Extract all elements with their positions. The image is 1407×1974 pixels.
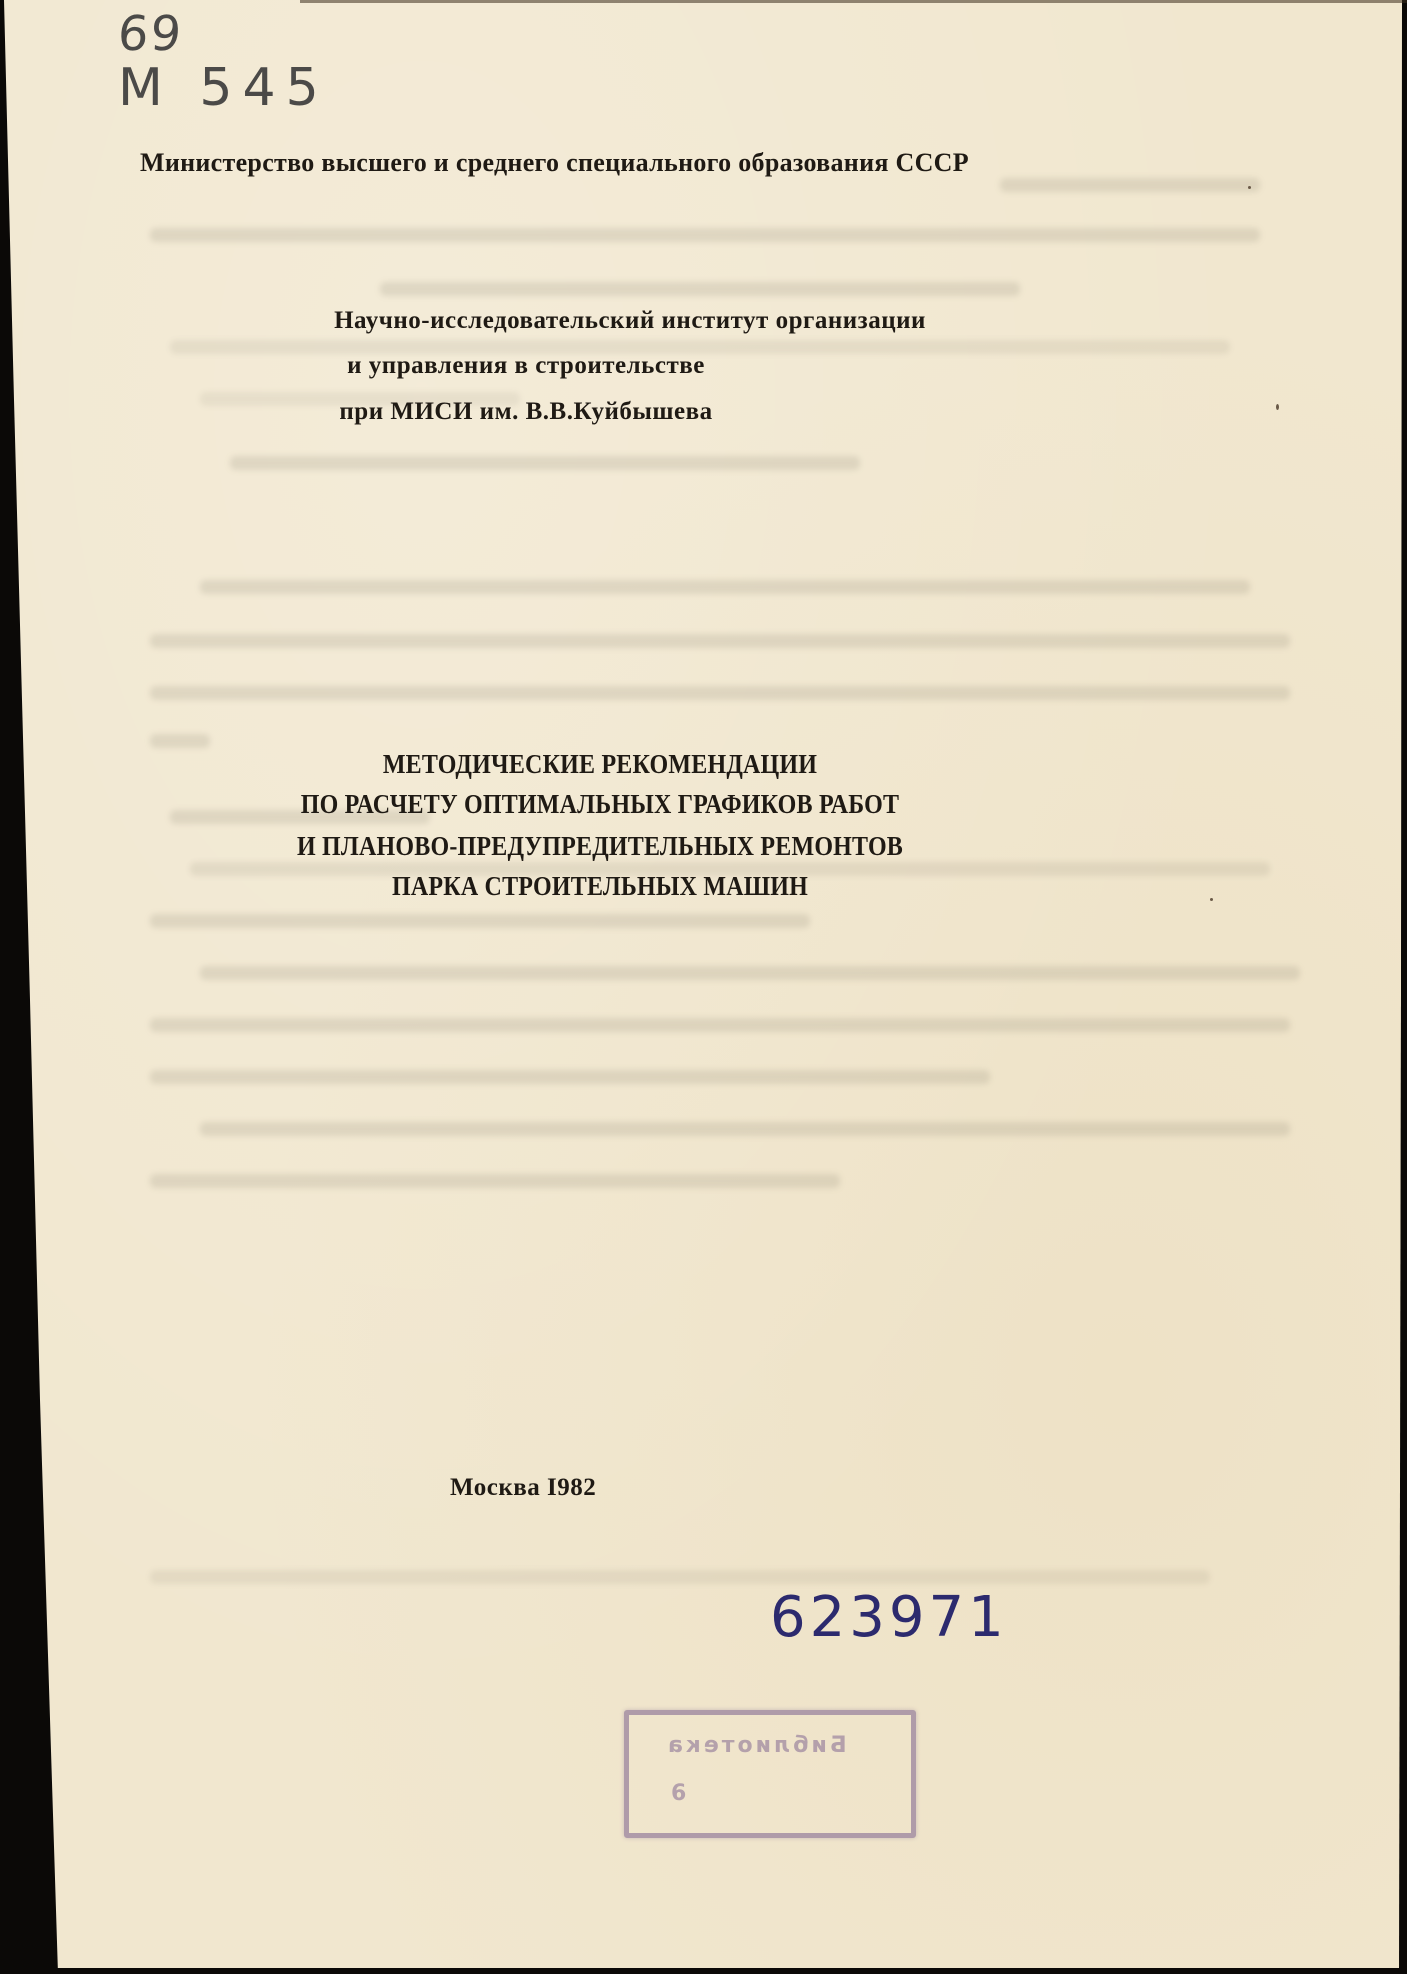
ministry-heading: Министерство высшего и среднего специаль…: [140, 148, 969, 178]
institute-line-2: и управления в строительстве: [0, 352, 1052, 380]
shelf-mark-line1: 69: [116, 6, 185, 62]
inventory-number: 623971: [770, 1585, 1008, 1650]
document-page: 69 M 545 Министерство высшего и среднего…: [0, 0, 1407, 1974]
library-stamp: Библиотека 6: [624, 1710, 916, 1838]
paper-speck: [1276, 404, 1279, 410]
scan-border-top: [300, 0, 1407, 3]
document-title-line-2: ПО РАСЧЕТУ ОПТИМАЛЬНЫХ ГРАФИКОВ РАБОТ: [0, 790, 1200, 821]
stamp-label: Библиотека: [665, 1733, 847, 1758]
institute-line-1: Научно-исследовательский институт органи…: [0, 307, 1260, 335]
shelf-mark-line2: M 545: [118, 58, 329, 118]
scan-border-bottom: [0, 1968, 1407, 1974]
paper-speck: [1248, 186, 1251, 189]
institute-line-3: при МИСИ им. В.В.Куйбышева: [0, 398, 1052, 426]
stamp-number: 6: [671, 1781, 686, 1806]
imprint-place-year: Москва I982: [450, 1474, 596, 1502]
document-title-line-3: И ПЛАНОВО-ПРЕДУПРЕДИТЕЛЬНЫХ РЕМОНТОВ: [0, 832, 1200, 863]
paper-speck: [1210, 898, 1213, 901]
document-title-line-1: МЕТОДИЧЕСКИЕ РЕКОМЕНДАЦИИ: [0, 750, 1200, 781]
document-title-line-4: ПАРКА СТРОИТЕЛЬНЫХ МАШИН: [0, 872, 1200, 903]
